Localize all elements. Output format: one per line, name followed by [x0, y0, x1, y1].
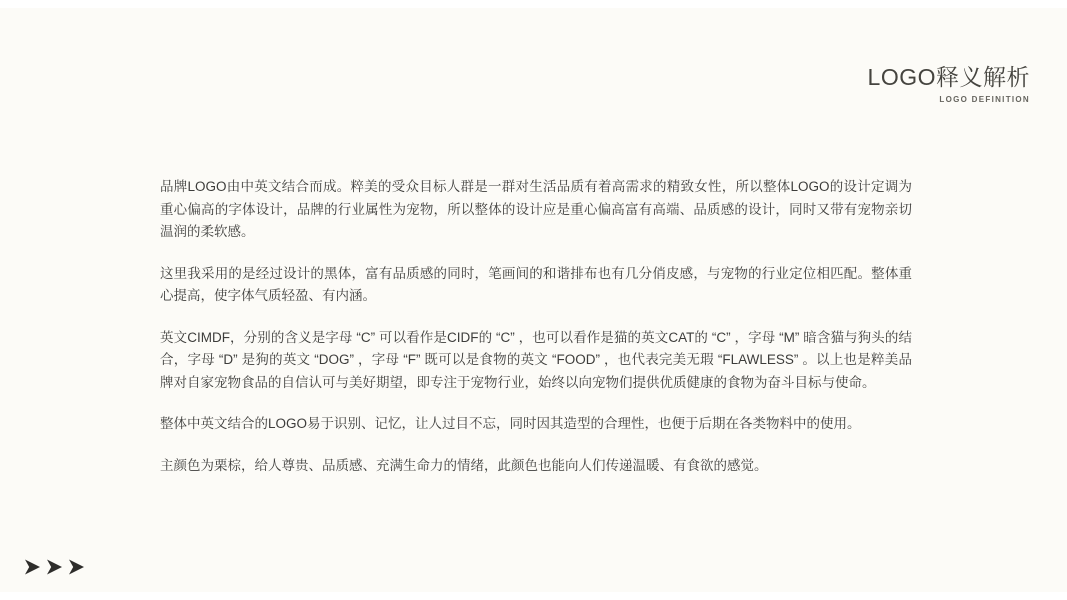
paragraph-main-color: 主颜色为栗棕，给人尊贵、品质感、充满生命力的情绪，此颜色也能向人们传递温暖、有食…	[160, 455, 912, 478]
play-arrow-icon	[68, 558, 85, 576]
footer-arrow-group	[24, 558, 85, 576]
page-title: LOGO释义解析	[868, 63, 1030, 91]
paragraph-recognizability: 整体中英文结合的LOGO易于识别、记忆，让人过目不忘，同时因其造型的合理性，也便…	[160, 413, 912, 436]
body-text-block: 品牌LOGO由中英文结合而成。粹美的受众目标人群是一群对生活品质有着高需求的精致…	[160, 176, 912, 496]
play-arrow-icon	[46, 558, 63, 576]
paragraph-logo-overview: 品牌LOGO由中英文结合而成。粹美的受众目标人群是一群对生活品质有着高需求的精致…	[160, 176, 912, 244]
play-arrow-icon	[24, 558, 41, 576]
page-header: LOGO释义解析 LOGO DEFINITION	[868, 63, 1030, 104]
slide-canvas: LOGO释义解析 LOGO DEFINITION 品牌LOGO由中英文结合而成。…	[0, 8, 1067, 592]
paragraph-typeface: 这里我采用的是经过设计的黑体，富有品质感的同时，笔画间的和谐排布也有几分俏皮感，…	[160, 263, 912, 308]
page-subtitle: LOGO DEFINITION	[868, 95, 1030, 104]
paragraph-letter-meanings: 英文CIMDF，分别的含义是字母 “C” 可以看作是CIDF的 “C” ，也可以…	[160, 327, 912, 395]
